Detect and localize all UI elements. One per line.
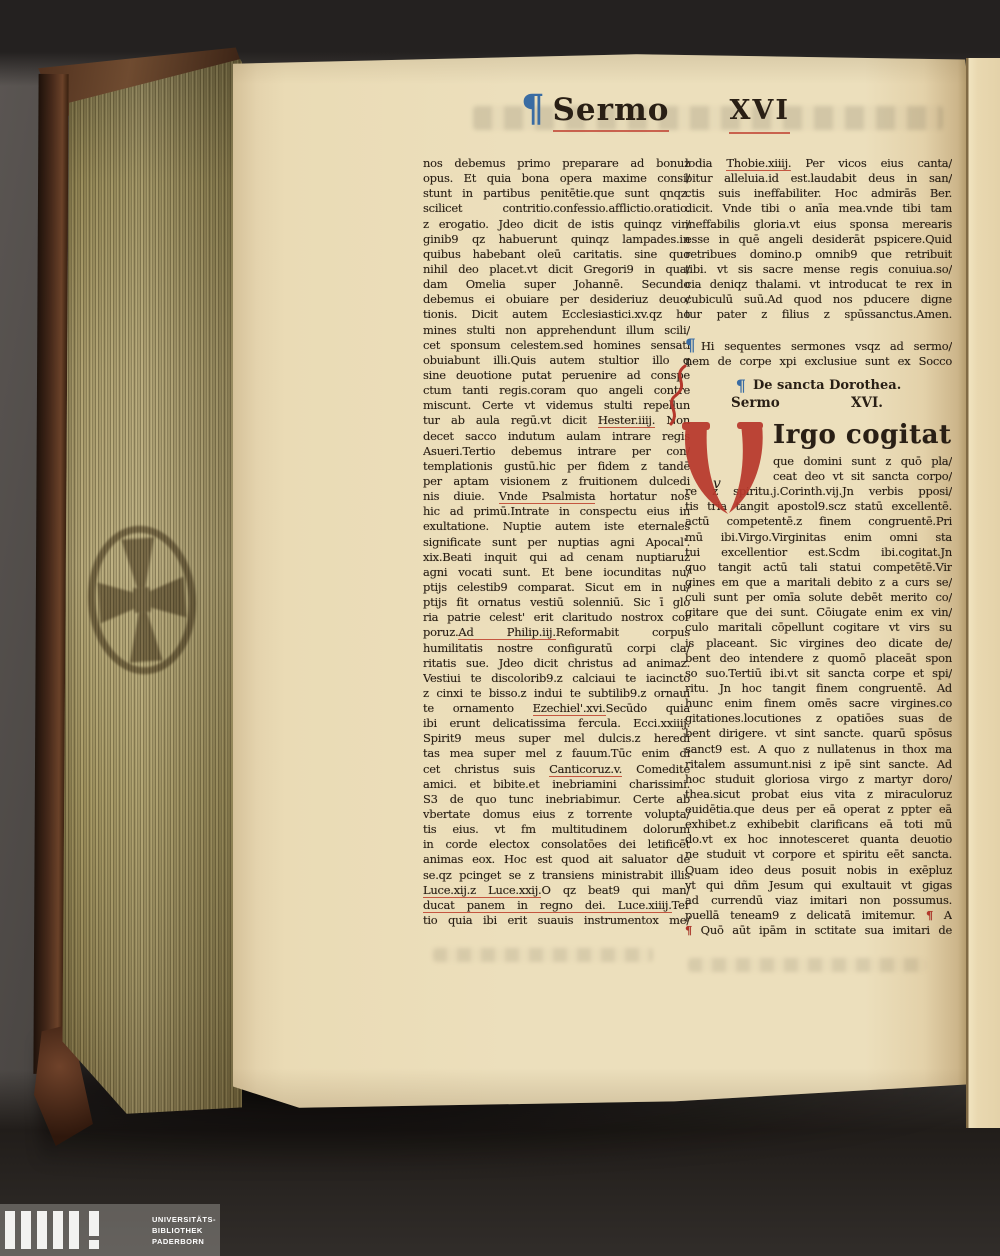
text-line: euidētia.que deus per eā operat z ppter … xyxy=(685,802,952,817)
initial-letter-V: v xyxy=(681,420,767,520)
heading-sermo-label: Sermo xyxy=(731,395,780,413)
text-line: tio quia ibi erit suauis instrumentox me… xyxy=(423,913,690,928)
text-line: puellā teneam9 z delicatā imitemur. ¶ A xyxy=(685,908,952,923)
text-line: cia deniqz thalami. vt introducat te rex… xyxy=(685,277,952,292)
text-line: ctum tanti regis.coram quo angeli contre xyxy=(423,383,690,398)
text-line: esse in quē angeli desiderāt pspicere.Qu… xyxy=(685,232,952,247)
text-line: cet christus suis Canticoruz.v. Comedite xyxy=(423,762,690,777)
text-line: tis eius. vt fm multitudinem dolorum xyxy=(423,822,690,837)
text-line: Hi sequentes sermones vsqz ad sermo/ xyxy=(701,339,952,354)
text-line: sanct9 est. A quo z nullatenus in thox m… xyxy=(685,742,952,757)
text-line: ne studuit vt corpore et spiritu eēt san… xyxy=(685,847,952,862)
text-line: retribues domino.p omnib9 que retribuit xyxy=(685,247,952,262)
text-line: se.qz pcinget se z transiens ministrabit… xyxy=(423,868,690,883)
heading-sermo-number: XVI. xyxy=(851,395,883,413)
text-line: cubiculū suū.Ad quod nos pducere digne xyxy=(685,292,952,307)
text-line: hunc enim finem omēs sacre virgines.co xyxy=(685,696,952,711)
heading-pilcrow-mark: ¶ xyxy=(736,378,746,395)
text-line: gitare que dei sunt. Cōiugate enim ex vi… xyxy=(685,605,952,620)
text-line: quo tangit actū tali statui competētē.Vi… xyxy=(685,560,952,575)
text-line: miscunt. Certe vt videmus stulti repellu… xyxy=(423,398,690,413)
text-line: vt qui dñm Jesum qui exultauit vt gigas xyxy=(685,878,952,893)
text-line: ibi erunt delicatissima fercula. Ecci.xx… xyxy=(423,716,690,731)
library-name-line: PADERBORN xyxy=(152,1236,216,1247)
text-line: nos debemus primo preparare ad bonuz xyxy=(423,156,690,171)
library-logo-icon xyxy=(5,1211,99,1249)
text-line: ad currendū viaz imitari non possumus. xyxy=(685,893,952,908)
header-pilcrow-mark: ¶ xyxy=(521,90,545,126)
text-line: Vestiui te discolorib9.z calciaui te iac… xyxy=(423,671,690,686)
text-line: nis diuie. Vnde Psalmista hortatur nos xyxy=(423,489,690,504)
text-line: culo maritali cōpellunt cogitare vt virs… xyxy=(685,620,952,635)
text-line: ritatis sue. Jdeo dicit christus ad anim… xyxy=(423,656,690,671)
note-pilcrow-mark: ¶ xyxy=(685,339,701,354)
show-through-smudge xyxy=(688,958,928,972)
text-line: Spirit9 meus super mel dulcis.z heredi xyxy=(423,731,690,746)
text-line: tur pater z filius z spūssanctus.Amen. xyxy=(685,307,952,322)
text-line: so suo.Tertiū ibi.vt sit sancta corpe et… xyxy=(685,666,952,681)
text-line: ¶ Quō aūt ipām in sctitate sua imitari d… xyxy=(685,923,952,938)
text-line: opus. Et quia bona opera maxime consi/ xyxy=(423,171,690,186)
text-line: do.vt ex hoc innotesceret quanta deuotio xyxy=(685,832,952,847)
text-line: tibi. vt sis sacre mense regis conuiua.s… xyxy=(685,262,952,277)
text-line: gitationes.locutiones z opatiōes suas de xyxy=(685,711,952,726)
text-line: z erogatio. Jdeo dicit de istis quinqz v… xyxy=(423,217,690,232)
text-line: cet sponsum celestem.sed homines sensati xyxy=(423,338,690,353)
text-line: z cinxi te bisso.z indui te subtilib9.z … xyxy=(423,686,690,701)
text-line: significate sunt per nuptias agni Apocal… xyxy=(423,535,690,550)
text-line: Luce.xij.z Luce.xxij.O qz beat9 qui man/ xyxy=(423,883,690,898)
text-line: hoc studuit gloriosa virgo z martyr doro… xyxy=(685,772,952,787)
text-line: culi sunt per omīa solute debēt merito c… xyxy=(685,590,952,605)
rubric-note: ¶ Hi sequentes sermones vsqz ad sermo/ n… xyxy=(685,339,952,369)
text-line: amici. et bibite.et inebriamini charissi… xyxy=(423,777,690,792)
text-line: exultatione. Nuptie autem iste eternales xyxy=(423,519,690,534)
guide-letter: v xyxy=(713,476,721,492)
running-title: ¶ Sermo XVI xyxy=(521,90,790,134)
text-line: tas mea super mel z fauum.Tūc enim di xyxy=(423,746,690,761)
cross-circle-stamp-icon xyxy=(79,518,206,682)
text-line: quibus habebant oleū caritatis. sine quo xyxy=(423,247,690,262)
text-line: que domini sunt z quō pla/ xyxy=(773,454,952,469)
text-line: ctis suis ineffabiliter. Hoc admirās Ber… xyxy=(685,186,952,201)
text-line: mū ibi.Virgo.Virginitas enim omni sta xyxy=(685,530,952,545)
text-line: exhibet.z exhibebit clarificans eā toti … xyxy=(685,817,952,832)
sermon-heading: ¶ De sancta Dorothea. Sermo XVI. xyxy=(685,378,952,413)
text-line: gines em que a maritali debito z a curs … xyxy=(685,575,952,590)
text-line: scilicet contritio.confessio.afflictio.o… xyxy=(423,201,690,216)
text-line: ptijs celestib9 comparat. Sicut em in nu… xyxy=(423,580,690,595)
right-text-column: lodia Thobie.xiiij. Per vicos eius canta… xyxy=(685,156,952,938)
text-line: hic ad primū.Intrate in conspectu eius i… xyxy=(423,504,690,519)
text-line: ceat deo vt sit sancta corpo/ xyxy=(773,469,952,484)
open-page: ¶ Sermo XVI nos debemus primo preparare … xyxy=(233,50,968,1112)
text-line: is placeant. Sic virgines deo dicate de/ xyxy=(685,636,952,651)
text-line: per aptam visionem z fruitionem dulcedi xyxy=(423,474,690,489)
text-line: mines stulti non apprehendunt illum scil… xyxy=(423,323,690,338)
text-line: tionis. Dicit autem Ecclesiastici.xv.qz … xyxy=(423,307,690,322)
facing-page-edge xyxy=(966,58,1000,1128)
text-line: tur ab aula regū.vt dicit Hester.iiij. N… xyxy=(423,413,690,428)
text-line: Asueri.Tertio debemus intrare per con/ xyxy=(423,444,690,459)
text-line: bent dirigere. vt sint sancte. quarū spō… xyxy=(685,726,952,741)
text-line: humilitatis nostre configuratū corpi cla… xyxy=(423,641,690,656)
text-line: stunt in partibus penitētie.que sunt qnq… xyxy=(423,186,690,201)
sermon-opening: v Irgo cogitat que domini sunt z quō pla… xyxy=(685,418,952,939)
header-number: XVI xyxy=(729,90,790,134)
text-line: lodia Thobie.xiiij. Per vicos eius canta… xyxy=(685,156,952,171)
text-line: nihil deo placet.vt dicit Gregori9 in qu… xyxy=(423,262,690,277)
header-title: Sermo xyxy=(553,90,670,132)
text-line: te ornamento Ezechiel'.xvi.Secūdo quia xyxy=(423,701,690,716)
text-line: ginib9 qz habuerunt quinqz lampades.in xyxy=(423,232,690,247)
text-line: obuiabunt illi.Quis autem stultior illo … xyxy=(423,353,690,368)
indented-lines: que domini sunt z quō pla/ceat deo vt si… xyxy=(773,454,952,484)
show-through-smudge xyxy=(433,948,653,962)
text-line: vbertate domus eius z torrente volupta/ xyxy=(423,807,690,822)
left-text-column: nos debemus primo preparare ad bonuzopus… xyxy=(423,156,690,928)
sermon-body: re z spiritu.j.Corinth.vij.Jn verbis ppo… xyxy=(685,484,952,938)
text-line: decet sacco indutum aulam intrare regis xyxy=(423,429,690,444)
text-line: debemus ei obuiare per desideriuz deuo/ xyxy=(423,292,690,307)
heading-saint-title: De sancta Dorothea. xyxy=(753,378,901,395)
text-line: bent deo intendere z quomō placeāt spon xyxy=(685,651,952,666)
text-line: S3 de quo tunc inebriabimur. Certe ab xyxy=(423,792,690,807)
text-line: poruz.Ad Philip.iij.Reformabit corpus xyxy=(423,625,690,640)
text-line: thea.sicut probat eius vita z miraculoru… xyxy=(685,787,952,802)
text-line: in corde electox consolatōes dei letific… xyxy=(423,837,690,852)
text-line: ineffabilis gloria.vt eius sponsa merear… xyxy=(685,217,952,232)
text-line: dam Omelia super Johannē. Secundo xyxy=(423,277,690,292)
library-name-line: BIBLIOTHEK xyxy=(152,1225,216,1236)
text-line: ritu. Jn hoc tangit finem congruentē. Ad xyxy=(685,681,952,696)
text-line: ducat panem in regno dei. Luce.xiiij.Ter xyxy=(423,898,690,913)
continuation-block: lodia Thobie.xiiij. Per vicos eius canta… xyxy=(685,156,952,323)
text-line: templationis gustū.hic per fidem z tandē xyxy=(423,459,690,474)
library-name-line: UNIVERSITÄTS- xyxy=(152,1214,216,1225)
text-line: agni vocati sunt. Et bene iocunditas nu/ xyxy=(423,565,690,580)
text-line: bitur alleluia.id est.laudabit deus in s… xyxy=(685,171,952,186)
text-line: ritalem assumunt.nisi z ipē sint sancte.… xyxy=(685,757,952,772)
text-line: ptijs fit ornatus vestiū solenniū. Sic ī… xyxy=(423,595,690,610)
library-watermark: UNIVERSITÄTS-BIBLIOTHEKPADERBORN xyxy=(0,1204,220,1256)
text-line: xix.Beati inquit qui ad cenam nuptiaruz xyxy=(423,550,690,565)
sermon-incipit-large: Irgo cogitat xyxy=(773,418,952,454)
text-line: ria patrie celest' erit claritudo nostro… xyxy=(423,610,690,625)
text-line: tui excellentior est.Scdm ibi.cogitat.Jn xyxy=(685,545,952,560)
text-line: Quam ideo deus posuit nobis in exēpluz xyxy=(685,863,952,878)
text-line: sine deuotione putat peruenire ad conspe xyxy=(423,368,690,383)
text-line: dicit. Vnde tibi o anīa mea.vnde tibi ta… xyxy=(685,201,952,216)
photo-backdrop: ¶ Sermo XVI nos debemus primo preparare … xyxy=(0,0,1000,1256)
text-line: nem de corpe xpi exclusiue sunt ex Socco xyxy=(685,354,952,369)
library-name: UNIVERSITÄTS-BIBLIOTHEKPADERBORN xyxy=(152,1214,216,1247)
text-line: animas eox. Hoc est quod ait saluator de xyxy=(423,852,690,867)
